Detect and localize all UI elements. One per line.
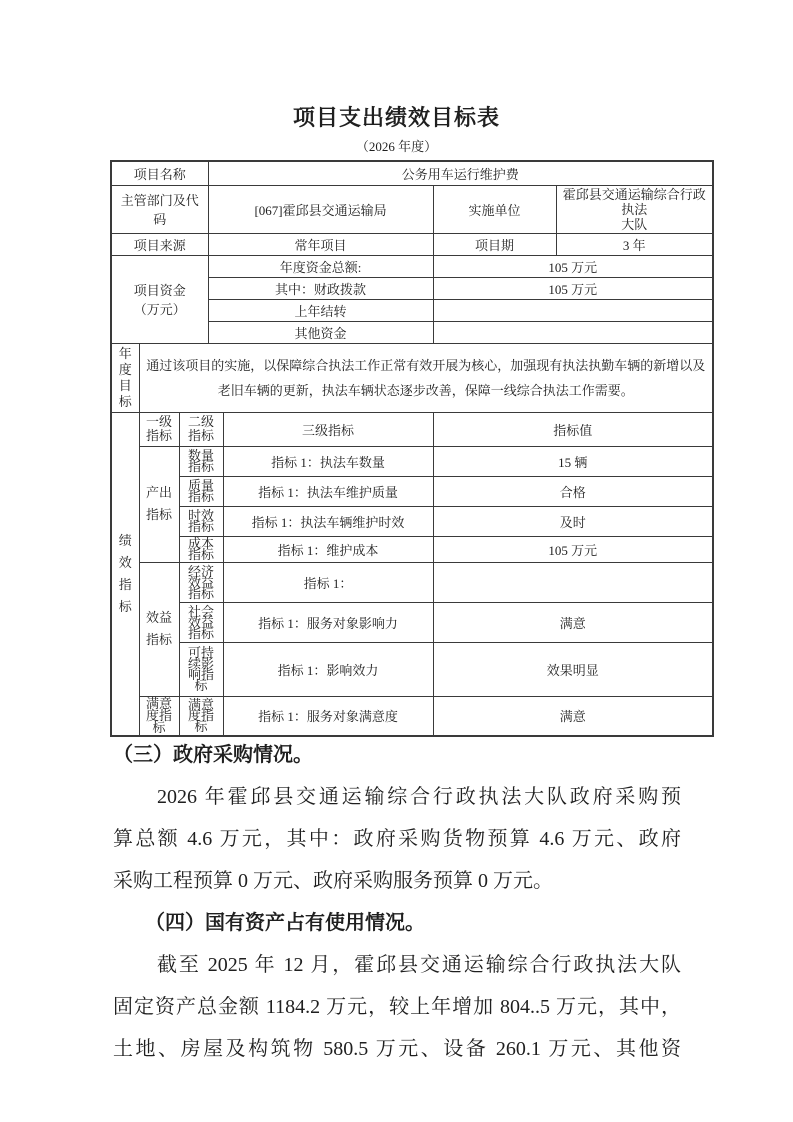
indicator-value: 105 万元 — [433, 536, 713, 562]
paragraph-line: 采购工程预算 0 万元、政府采购服务预算 0 万元。 — [113, 860, 681, 902]
table-row: 满意 度指 标 满意 度指 标 指标 1：服务对象满意度 满意 — [111, 696, 713, 736]
level2-label: 时效 指标 — [179, 506, 223, 536]
paragraph-line: 土地、房屋及构筑物 580.5 万元、设备 260.1 万元、其他资 — [113, 1028, 681, 1070]
funds-row-value — [433, 299, 713, 321]
impl-unit-label: 实施单位 — [433, 185, 556, 233]
period-label: 项目期 — [433, 233, 556, 255]
section-heading: （三）政府采购情况。 — [113, 734, 681, 776]
indicator-name: 指标 1：服务对象影响力 — [223, 602, 433, 642]
page-subtitle: （2026 年度） — [0, 136, 793, 155]
indicator-name: 指标 1：维护成本 — [223, 536, 433, 562]
funds-row-label: 其中：财政拨款 — [208, 277, 433, 299]
paragraph-line: 固定资产总金额 1184.2 万元，较上年增加 804..5 万元，其中， — [113, 986, 681, 1028]
indicator-value: 合格 — [433, 476, 713, 506]
funds-row-value — [433, 321, 713, 343]
indicator-value: 及时 — [433, 506, 713, 536]
level1-benefit: 效益 指标 — [139, 562, 179, 696]
header-level2: 二级 指标 — [179, 412, 223, 446]
annual-goal-label: 年 度 目 标 — [111, 343, 139, 412]
table-row: 项目资金 （万元） 年度资金总额: 105 万元 — [111, 255, 713, 277]
dept-value: [067]霍邱县交通运输局 — [208, 185, 433, 233]
indicator-name: 指标 1：执法车维护质量 — [223, 476, 433, 506]
funds-label: 项目资金 （万元） — [111, 255, 208, 343]
level1-output: 产出 指标 — [139, 446, 179, 562]
page-title: 项目支出绩效目标表 — [0, 101, 793, 132]
annual-goal-text: 通过该项目的实施，以保障综合执法工作正常有效开展为核心，加强现有执法执勤车辆的新… — [139, 343, 713, 412]
table-row: 绩 效 指 标 一级 指标 二级 指标 三级指标 指标值 — [111, 412, 713, 446]
source-value: 常年项目 — [208, 233, 433, 255]
level2-label: 经济 效益 指标 — [179, 562, 223, 602]
indicator-name: 指标 1：服务对象满意度 — [223, 696, 433, 736]
period-value: 3 年 — [556, 233, 713, 255]
section-heading: （四）国有资产占有使用情况。 — [113, 902, 681, 944]
document-page: 项目支出绩效目标表 （2026 年度） 项目名称 公务用车运行维护费 主管部门及… — [0, 0, 793, 1122]
indicator-value: 效果明显 — [433, 642, 713, 696]
level2-label: 满意 度指 标 — [179, 696, 223, 736]
table-row: 可持 续影 响指 标 指标 1：影响效力 效果明显 — [111, 642, 713, 696]
project-name-value: 公务用车运行维护费 — [208, 161, 713, 185]
source-label: 项目来源 — [111, 233, 208, 255]
performance-target-table: 项目名称 公务用车运行维护费 主管部门及代 码 [067]霍邱县交通运输局 实施… — [110, 160, 714, 737]
project-name-label: 项目名称 — [111, 161, 208, 185]
level1-satisfaction: 满意 度指 标 — [139, 696, 179, 736]
indicator-value — [433, 562, 713, 602]
table-row: 主管部门及代 码 [067]霍邱县交通运输局 实施单位 霍邱县交通运输综合行政执… — [111, 185, 713, 233]
indicator-name: 指标 1：执法车辆维护时效 — [223, 506, 433, 536]
table-row: 年 度 目 标 通过该项目的实施，以保障综合执法工作正常有效开展为核心，加强现有… — [111, 343, 713, 412]
dept-label: 主管部门及代 码 — [111, 185, 208, 233]
impl-unit-value: 霍邱县交通运输综合行政执法 大队 — [556, 185, 713, 233]
table-row: 质量 指标 指标 1：执法车维护质量 合格 — [111, 476, 713, 506]
table-row: 效益 指标 经济 效益 指标 指标 1： — [111, 562, 713, 602]
table-row: 时效 指标 指标 1：执法车辆维护时效 及时 — [111, 506, 713, 536]
paragraph-line: 截至 2025 年 12 月，霍邱县交通运输综合行政执法大队 — [113, 944, 681, 986]
indicator-value: 15 辆 — [433, 446, 713, 476]
header-value: 指标值 — [433, 412, 713, 446]
indicator-name: 指标 1：影响效力 — [223, 642, 433, 696]
paragraph-line: 2026 年霍邱县交通运输综合行政执法大队政府采购预 — [113, 776, 681, 818]
performance-section-label: 绩 效 指 标 — [111, 412, 139, 736]
funds-row-label: 上年结转 — [208, 299, 433, 321]
paragraph-line: 算总额 4.6 万元，其中：政府采购货物预算 4.6 万元、政府 — [113, 818, 681, 860]
table-row: 项目来源 常年项目 项目期 3 年 — [111, 233, 713, 255]
table-row: 产出 指标 数量 指标 指标 1：执法车数量 15 辆 — [111, 446, 713, 476]
table-row: 成本 指标 指标 1：维护成本 105 万元 — [111, 536, 713, 562]
document-body: （三）政府采购情况。 2026 年霍邱县交通运输综合行政执法大队政府采购预 算总… — [113, 734, 681, 1070]
table-row: 社会 效益 指标 指标 1：服务对象影响力 满意 — [111, 602, 713, 642]
funds-row-label: 其他资金 — [208, 321, 433, 343]
funds-row-value: 105 万元 — [433, 277, 713, 299]
header-level1: 一级 指标 — [139, 412, 179, 446]
table-row: 项目名称 公务用车运行维护费 — [111, 161, 713, 185]
indicator-value: 满意 — [433, 602, 713, 642]
level2-label: 可持 续影 响指 标 — [179, 642, 223, 696]
indicator-name: 指标 1：执法车数量 — [223, 446, 433, 476]
indicator-value: 满意 — [433, 696, 713, 736]
level2-label: 社会 效益 指标 — [179, 602, 223, 642]
funds-row-value: 105 万元 — [433, 255, 713, 277]
indicator-name: 指标 1： — [223, 562, 433, 602]
funds-row-label: 年度资金总额: — [208, 255, 433, 277]
level2-label: 成本 指标 — [179, 536, 223, 562]
level2-label: 质量 指标 — [179, 476, 223, 506]
header-level3: 三级指标 — [223, 412, 433, 446]
level2-label: 数量 指标 — [179, 446, 223, 476]
